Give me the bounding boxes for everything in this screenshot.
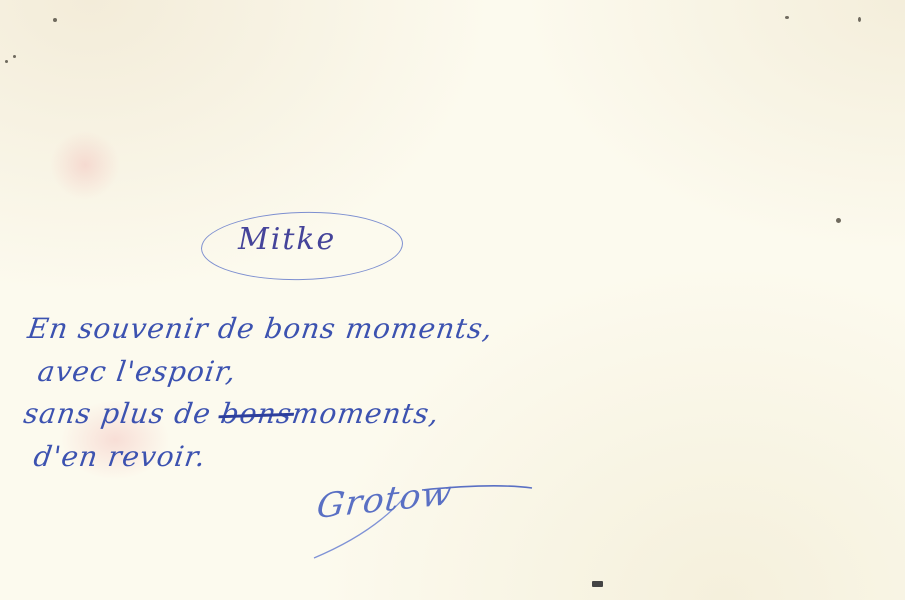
handwritten-note-card: Mitke En souvenir de bons moments, avec … xyxy=(0,0,905,600)
note-heading: Mitke xyxy=(238,222,336,257)
note-line: En souvenir de bons moments, xyxy=(26,312,495,345)
paper-speck xyxy=(785,16,789,19)
paper-speck xyxy=(5,60,8,63)
note-line: avec l'espoir, xyxy=(36,355,239,388)
pink-stain xyxy=(37,117,133,213)
note-line-text: sans plus de xyxy=(22,397,224,430)
struck-out-word: bons xyxy=(219,397,295,430)
paper-speck xyxy=(53,18,57,22)
note-line: d'en revoir. xyxy=(32,440,209,473)
note-line-text: moments, xyxy=(290,397,442,430)
note-line: sans plus de bonsmoments, xyxy=(22,397,442,430)
paper-speck xyxy=(836,218,841,223)
paper-speck xyxy=(858,17,861,22)
paper-speck xyxy=(13,55,16,58)
staple-mark xyxy=(592,581,603,587)
